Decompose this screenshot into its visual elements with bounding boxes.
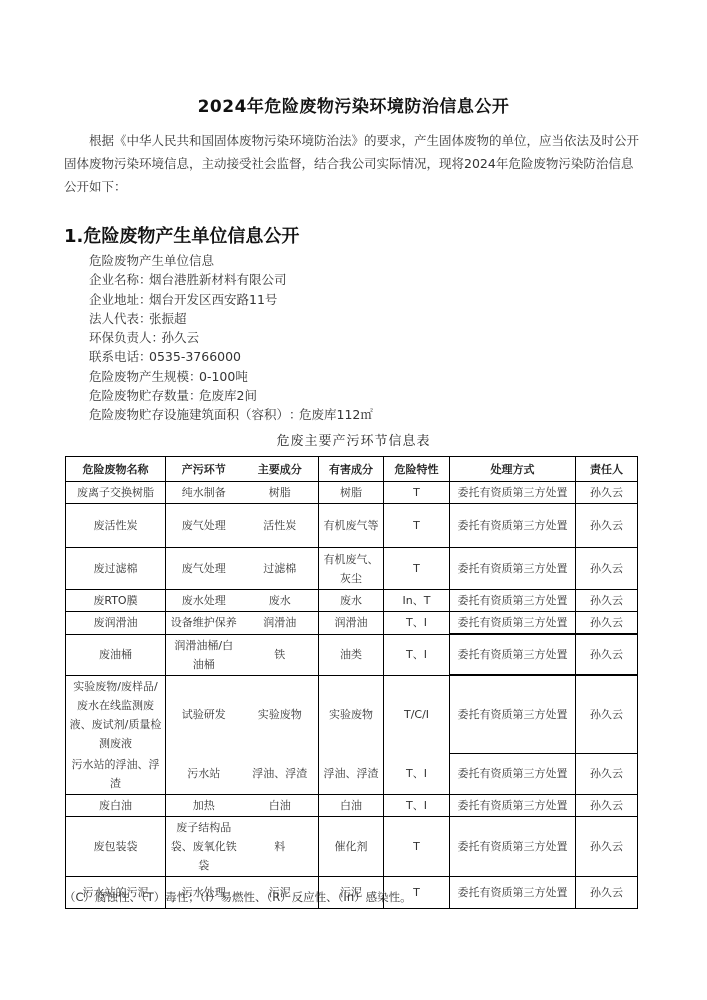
- cell-source: 试验研发: [166, 675, 242, 754]
- cell-main: 铁: [242, 634, 319, 675]
- info-label: 危险废物贮存设施建筑面积（容积）: [89, 405, 289, 424]
- info-value: 孙久云: [162, 330, 200, 345]
- cell-name: 废活性炭: [66, 504, 166, 548]
- table-row: 废离子交换树脂 纯水制备 树脂 树脂 T 委托有资质第三方处置 孙久云: [66, 482, 638, 504]
- cell-source: 废水处理: [166, 590, 242, 612]
- info-row: 企业地址：烟台开发区西安路11号: [89, 290, 373, 309]
- cell-method: 委托有资质第三方处置: [450, 504, 576, 548]
- cell-method: 委托有资质第三方处置: [450, 612, 576, 635]
- cell-method: 委托有资质第三方处置: [450, 754, 576, 795]
- cell-source: 废气处理: [166, 504, 242, 548]
- cell-method: 委托有资质第三方处置: [450, 482, 576, 504]
- info-row: 危险废物产生规模：0-100吨: [89, 367, 373, 386]
- cell-method: 委托有资质第三方处置: [450, 634, 576, 675]
- info-label: 企业名称: [89, 270, 139, 289]
- info-value: 0535-3766000: [149, 349, 241, 364]
- info-row: 企业名称：烟台港胜新材料有限公司: [89, 270, 373, 289]
- section-heading: 1.危险废物产生单位信息公开: [64, 222, 299, 248]
- cell-harm: 废水: [319, 590, 384, 612]
- table-row: 废油桶 润滑油桶/白油桶 铁 油类 T、I 委托有资质第三方处置 孙久云: [66, 634, 638, 675]
- cell-char: T、I: [384, 794, 450, 816]
- info-value: 危废库112㎡: [299, 407, 373, 422]
- table-row: 实验废物/废样品/废水在线监测废液、废试剂/质量检测废液 试验研发 实验废物 实…: [66, 675, 638, 754]
- info-row: 危险废物贮存设施建筑面积（容积）：危废库112㎡: [89, 405, 373, 424]
- cell-harm: 树脂: [319, 482, 384, 504]
- cell-harm: 实验废物: [319, 675, 384, 754]
- cell-char: T: [384, 504, 450, 548]
- cell-main: 浮油、浮渣: [242, 754, 319, 795]
- cell-harm: 催化剂: [319, 816, 384, 876]
- cell-method: 委托有资质第三方处置: [450, 876, 576, 908]
- col-header: 主要成分: [242, 457, 319, 482]
- cell-harm: 润滑油: [319, 612, 384, 635]
- cell-name: 废过滤棉: [66, 548, 166, 590]
- hazard-legend-footnote: （C）腐蚀性、（T）毒性；（I）易燃性、（R）反应性、（In）感染性。: [64, 889, 412, 905]
- info-value: 0-100吨: [199, 369, 248, 384]
- cell-char: T/C/I: [384, 675, 450, 754]
- cell-owner: 孙久云: [576, 504, 638, 548]
- info-label: 法人代表: [89, 309, 139, 328]
- table-row: 废活性炭 废气处理 活性炭 有机废气等 T 委托有资质第三方处置 孙久云: [66, 504, 638, 548]
- cell-name: 废润滑油: [66, 612, 166, 635]
- table-header-row: 危险废物名称 产污环节 主要成分 有害成分 危险特性 处理方式 责任人: [66, 457, 638, 482]
- table-row: 废润滑油 设备维护保养 润滑油 润滑油 T、I 委托有资质第三方处置 孙久云: [66, 612, 638, 635]
- cell-method: 委托有资质第三方处置: [450, 816, 576, 876]
- info-row: 环保负责人：孙久云: [89, 328, 373, 347]
- page-title: 2024年危险废物污染环境防治信息公开: [0, 92, 707, 117]
- cell-harm: 油类: [319, 634, 384, 675]
- cell-owner: 孙久云: [576, 634, 638, 675]
- cell-owner: 孙久云: [576, 548, 638, 590]
- cell-main: 润滑油: [242, 612, 319, 635]
- cell-name: 实验废物/废样品/废水在线监测废液、废试剂/质量检测废液: [66, 675, 166, 754]
- cell-method: 委托有资质第三方处置: [450, 548, 576, 590]
- cell-char: In、T: [384, 590, 450, 612]
- info-value: 危废库2间: [199, 388, 257, 403]
- cell-source: 污水站: [166, 754, 242, 795]
- cell-owner: 孙久云: [576, 675, 638, 754]
- table-row: 废白油 加热 白油 白油 T、I 委托有资质第三方处置 孙久云: [66, 794, 638, 816]
- cell-owner: 孙久云: [576, 794, 638, 816]
- cell-char: T: [384, 816, 450, 876]
- info-label: 环保负责人: [89, 328, 152, 347]
- cell-name: 废离子交换树脂: [66, 482, 166, 504]
- cell-method: 委托有资质第三方处置: [450, 794, 576, 816]
- col-header: 危险废物名称: [66, 457, 166, 482]
- cell-source: 废子结构品袋、废氧化铁袋: [166, 816, 242, 876]
- cell-owner: 孙久云: [576, 612, 638, 635]
- cell-source: 纯水制备: [166, 482, 242, 504]
- col-header: 产污环节: [166, 457, 242, 482]
- intro-paragraph: 根据《中华人民共和国固体废物污染环境防治法》的要求，产生固体废物的单位，应当依法…: [64, 129, 644, 198]
- col-header: 危险特性: [384, 457, 450, 482]
- cell-char: T: [384, 482, 450, 504]
- cell-char: T、I: [384, 612, 450, 635]
- cell-source: 设备维护保养: [166, 612, 242, 635]
- cell-harm: 白油: [319, 794, 384, 816]
- cell-main: 实验废物: [242, 675, 319, 754]
- info-row: 法人代表：张振超: [89, 309, 373, 328]
- info-row: 危险废物贮存数量：危废库2间: [89, 386, 373, 405]
- cell-method: 委托有资质第三方处置: [450, 675, 576, 754]
- cell-main: 活性炭: [242, 504, 319, 548]
- table-row: 废包装袋 废子结构品袋、废氧化铁袋 料 催化剂 T 委托有资质第三方处置 孙久云: [66, 816, 638, 876]
- cell-char: T、I: [384, 634, 450, 675]
- cell-char: T、I: [384, 754, 450, 795]
- cell-main: 过滤棉: [242, 548, 319, 590]
- cell-name: 废白油: [66, 794, 166, 816]
- info-row: 联系电话：0535-3766000: [89, 347, 373, 366]
- info-label: 联系电话: [89, 347, 139, 366]
- cell-source: 加热: [166, 794, 242, 816]
- info-label: 企业地址: [89, 290, 139, 309]
- table-caption: 危废主要产污环节信息表: [0, 430, 707, 449]
- cell-owner: 孙久云: [576, 590, 638, 612]
- col-header: 责任人: [576, 457, 638, 482]
- cell-method: 委托有资质第三方处置: [450, 590, 576, 612]
- col-header: 有害成分: [319, 457, 384, 482]
- cell-name: 污水站的浮油、浮渣: [66, 754, 166, 795]
- info-label: 危险废物产生规模: [89, 367, 189, 386]
- cell-char: T: [384, 548, 450, 590]
- info-value: 烟台开发区西安路11号: [149, 292, 277, 307]
- cell-owner: 孙久云: [576, 876, 638, 908]
- table-row: 废过滤棉 废气处理 过滤棉 有机废气、灰尘 T 委托有资质第三方处置 孙久云: [66, 548, 638, 590]
- cell-main: 白油: [242, 794, 319, 816]
- cell-main: 树脂: [242, 482, 319, 504]
- cell-owner: 孙久云: [576, 816, 638, 876]
- info-label: 危险废物贮存数量: [89, 386, 189, 405]
- table-row: 污水站的浮油、浮渣 污水站 浮油、浮渣 浮油、浮渣 T、I 委托有资质第三方处置…: [66, 754, 638, 795]
- info-value: 烟台港胜新材料有限公司: [149, 272, 287, 287]
- table-row: 废RTO膜 废水处理 废水 废水 In、T 委托有资质第三方处置 孙久云: [66, 590, 638, 612]
- cell-main: 料: [242, 816, 319, 876]
- unit-info-subtitle: 危险废物产生单位信息: [89, 251, 373, 270]
- col-header: 处理方式: [450, 457, 576, 482]
- info-value: 张振超: [149, 311, 187, 326]
- cell-harm: 有机废气等: [319, 504, 384, 548]
- cell-harm: 浮油、浮渣: [319, 754, 384, 795]
- cell-source: 润滑油桶/白油桶: [166, 634, 242, 675]
- hazardous-waste-table: 危险废物名称 产污环节 主要成分 有害成分 危险特性 处理方式 责任人 废离子交…: [65, 456, 638, 909]
- unit-info-list: 危险废物产生单位信息 企业名称：烟台港胜新材料有限公司 企业地址：烟台开发区西安…: [89, 251, 373, 425]
- cell-name: 废RTO膜: [66, 590, 166, 612]
- cell-owner: 孙久云: [576, 754, 638, 795]
- cell-harm: 有机废气、灰尘: [319, 548, 384, 590]
- cell-name: 废包装袋: [66, 816, 166, 876]
- cell-name: 废油桶: [66, 634, 166, 675]
- cell-source: 废气处理: [166, 548, 242, 590]
- cell-owner: 孙久云: [576, 482, 638, 504]
- cell-main: 废水: [242, 590, 319, 612]
